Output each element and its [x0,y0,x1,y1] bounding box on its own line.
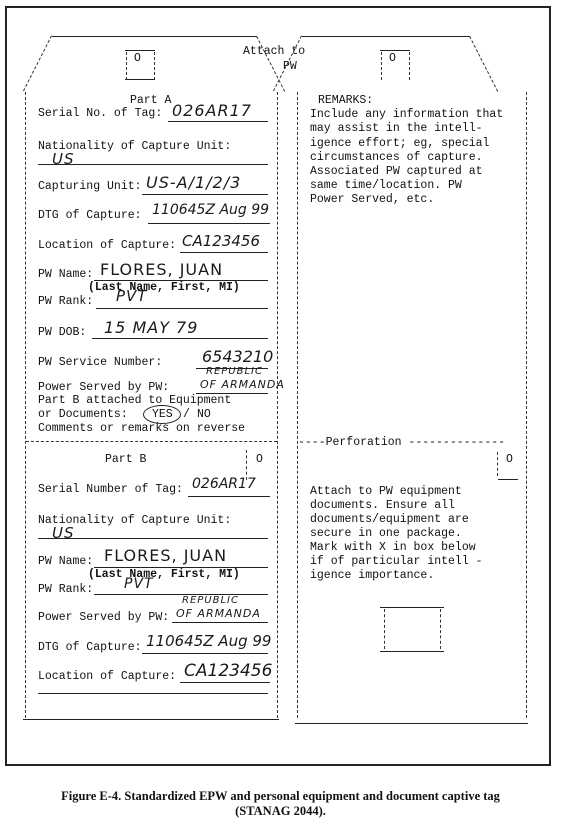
part-b-name-format-hint: (Last Name, First, MI) [88,568,240,582]
instruction-line: documents/equipment are [310,513,469,527]
underline [180,252,268,253]
part-a-capturing-unit-value[interactable]: US-A/1/2/3 [146,173,241,192]
mark-box-left [384,609,385,649]
part-a-attached-line: Part B attached to Equipment [38,394,231,408]
part-a-serial-value[interactable]: 026AR17 [172,101,252,120]
left-tag-left-edge [25,92,26,718]
underline [142,194,268,195]
hole-right [154,52,155,80]
remarks-line: Power Served, etc. [310,193,434,207]
remarks-line: circumstances of capture. [310,151,483,165]
part-a-title: Part A [130,94,171,108]
left-tag-bottom-edge [23,719,279,720]
underline [38,538,268,539]
part-b-pw-name-value[interactable]: FLORES, JUAN [104,546,227,565]
part-b-power-served-value-line2[interactable]: OF ARMANDA [176,607,261,620]
right-tag-bottom-edge [295,723,528,724]
instruction-line: Mark with X in box below [310,541,476,555]
left-tag-right-edge [277,92,278,718]
remarks-line: may assist in the intell- [310,122,483,136]
left-perforation-line [26,441,277,442]
part-a-pw-name-value[interactable]: FLORES, JUAN [100,260,223,279]
left-tag-top-edge [52,36,257,37]
part-b-power-served-label: Power Served by PW: [38,611,169,625]
underline [142,653,268,654]
instruction-line: Attach to PW equipment [310,485,462,499]
part-a-location-value[interactable]: CA123456 [182,232,260,250]
part-b-pw-name-label: PW Name: [38,555,93,569]
hole-marker-part-b: O [256,453,263,467]
right-tag-left-edge [297,92,298,718]
underline [168,121,268,122]
hole-top [125,50,155,51]
part-a-capturing-unit-label: Capturing Unit: [38,180,142,194]
part-a-power-served-value-line2[interactable]: OF ARMANDA [200,378,285,391]
hole-left [126,52,127,80]
underline [94,594,268,595]
part-a-dob-label: PW DOB: [38,326,86,340]
attached-no-option[interactable]: NO [197,408,211,422]
remarks-line: Include any information that [310,108,503,122]
figure-caption-line2: (STANAG 2044). [0,804,561,819]
part-a-nationality-value[interactable]: US [52,150,75,168]
hole-top [380,50,410,51]
underline [38,164,268,165]
part-b-serial-label: Serial Number of Tag: [38,483,183,497]
part-a-rank-value[interactable]: PVT [116,287,147,305]
hole-marker-a: O [134,52,141,66]
instruction-line: if of particular intell - [310,555,483,569]
instruction-line: igence importance. [310,569,434,583]
hole-marker-remarks: O [389,52,396,66]
hole-bottom [125,79,155,80]
part-b-power-served-value-line1[interactable]: REPUBLIC [182,595,239,606]
perforation-label: ----Perforation -------------- [298,436,505,450]
instruction-line: documents. Ensure all [310,499,455,513]
underline [188,496,270,497]
mark-box-right [440,609,441,649]
underline [92,338,268,339]
part-a-service-number-label: PW Service Number: [38,356,162,370]
part-a-pw-name-label: PW Name: [38,268,93,282]
hole-left [381,52,382,80]
part-b-dtg-value[interactable]: 110645Z Aug 99 [146,632,271,650]
remarks-title: REMARKS: [318,94,373,108]
instruction-line: secure in one package. [310,527,462,541]
underline [96,308,268,309]
part-a-power-served-label: Power Served by PW: [38,381,169,395]
hole-right [409,52,410,80]
part-a-service-number-value[interactable]: 6543210 [202,347,273,366]
part-a-comments-note: Comments or remarks on reverse [38,422,245,436]
mark-box-top [380,607,444,608]
part-b-rank-label: PW Rank: [38,583,93,597]
part-a-dtg-label: DTG of Capture: [38,209,142,223]
part-b-nationality-value[interactable]: US [52,524,75,542]
part-b-dtg-label: DTG of Capture: [38,641,142,655]
underline [172,622,268,623]
part-a-dob-value[interactable]: 15 MAY 79 [104,318,198,337]
part-a-name-format-hint: (Last Name, First, MI) [88,281,240,295]
part-b-rank-value[interactable]: PVT [124,576,154,592]
mark-box-bottom [380,651,444,652]
part-a-serial-label: Serial No. of Tag: [38,107,162,121]
part-b-title: Part B [105,453,146,467]
part-a-location-label: Location of Capture: [38,239,176,253]
intelligence-mark-box[interactable] [380,607,444,651]
remarks-line: igence effort; eg, special [310,137,489,151]
blank-line [38,693,268,694]
figure-caption-line1: Figure E-4. Standardized EPW and persona… [0,789,561,804]
part-b-location-value[interactable]: CA123456 [184,661,272,681]
part-a-dtg-value[interactable]: 110645Z Aug 99 [152,202,269,218]
part-b-serial-value[interactable]: 026AR17 [192,476,256,492]
attached-separator: / [183,408,190,422]
part-b-location-label: Location of Capture: [38,670,176,684]
right-tag-top-edge [302,36,470,37]
part-a-power-served-value-line1[interactable]: REPUBLIC [206,366,263,377]
part-a-attached-label: or Documents: [38,408,128,422]
perforation-hole-bottom [498,479,518,480]
hole-marker-instructions: O [506,453,513,467]
underline [148,223,270,224]
right-tag-right-edge [526,92,527,718]
perforation-hole-left [497,452,498,476]
remarks-line: Associated PW captured at [310,165,483,179]
part-a-rank-label: PW Rank: [38,295,93,309]
underline [180,682,270,683]
remarks-line: same time/location. PW [310,179,462,193]
